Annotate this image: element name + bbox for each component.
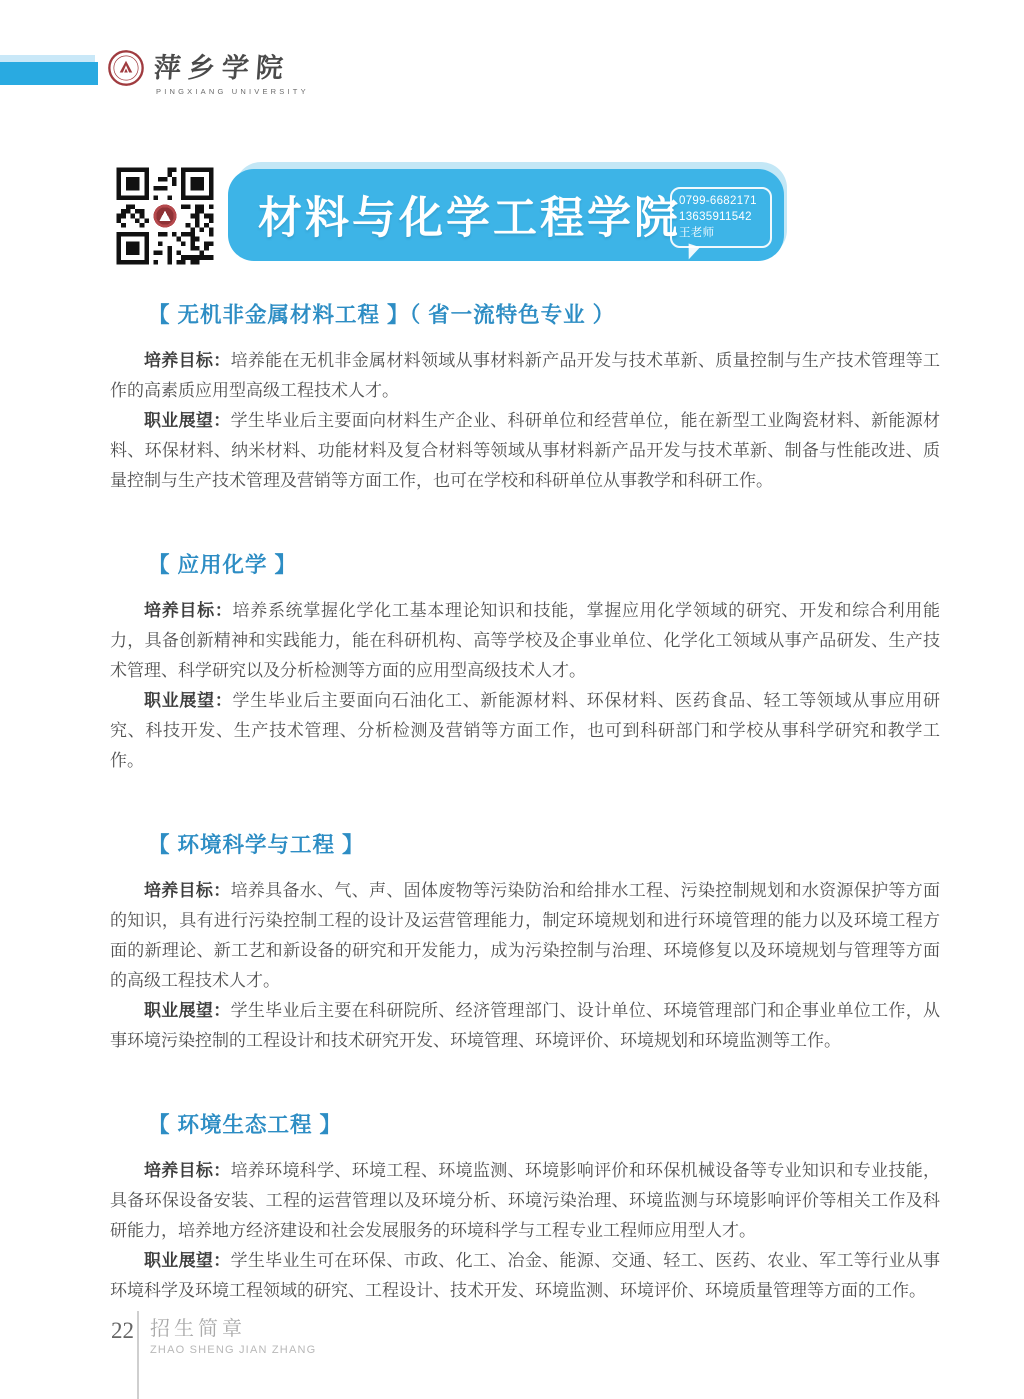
paragraph-text: 学生毕业后主要面向石油化工、新能源材料、环保材料、医药食品、轻工等领域从事应用研… [110,691,940,770]
booklet-subtitle: ZHAO SHENG JIAN ZHANG [150,1344,316,1356]
major-heading: 【 应用化学 】 [110,548,940,579]
contact-name: 王老师 [679,225,763,241]
major-section-inorganic-materials: 【 无机非金属材料工程 】（ 省一流特色专业 ） 培养目标：培养能在无机非金属材… [110,298,940,496]
paragraph-label: 职业展望： [144,1001,231,1020]
page-number: 22 [104,1318,134,1344]
paragraph-label: 培养目标： [144,1161,231,1180]
qr-center-logo [151,202,179,230]
paragraph-text: 培养能在无机非金属材料领域从事材料新产品开发与技术革新、质量控制与生产技术管理等… [110,351,940,400]
major-section-applied-chemistry: 【 应用化学 】 培养目标：培养系统掌握化学化工基本理论知识和技能，掌握应用化学… [110,548,940,776]
edge-accent-bar-blue [0,62,98,85]
edge-accent-bar-light [0,55,95,62]
department-title: 材料与化学工程学院 [258,182,681,246]
university-name-block: 萍乡学院 PINGXIANG UNIVERSITY [154,46,309,96]
paragraph-text: 培养系统掌握化学化工基本理论知识和技能，掌握应用化学领域的研究、开发和综合利用能… [110,601,940,680]
contact-phone-1: 0799-6682171 [679,193,763,209]
career-outlook-paragraph: 职业展望：学生毕业后主要在科研院所、经济管理部门、设计单位、环境管理部门和企事业… [110,996,940,1056]
booklet-title: 招生简章 [150,1312,316,1341]
paragraph-text: 培养具备水、气、声、固体废物等污染防治和给排水工程、污染控制规划和水资源保护等方… [110,881,940,990]
bubble-tail-icon [684,244,700,262]
footer-divider [137,1311,139,1399]
training-objective-paragraph: 培养目标：培养系统掌握化学化工基本理论知识和技能，掌握应用化学领域的研究、开发和… [110,596,940,686]
university-name: 萍乡学院 [153,46,311,85]
university-logo: 萍乡学院 PINGXIANG UNIVERSITY [108,46,309,96]
paragraph-text: 学生毕业后主要面向材料生产企业、科研单位和经营单位，能在新型工业陶瓷材料、新能源… [110,411,940,490]
major-section-environmental-science: 【 环境科学与工程 】 培养目标：培养具备水、气、声、固体废物等污染防治和给排水… [110,828,940,1056]
paragraph-label: 培养目标： [144,351,231,370]
training-objective-paragraph: 培养目标：培养环境科学、环境工程、环境监测、环境影响评价和环保机械设备等专业知识… [110,1156,940,1246]
major-heading: 【 环境科学与工程 】 [110,828,940,859]
page-footer: 招生简章 ZHAO SHENG JIAN ZHANG [150,1312,316,1356]
career-outlook-paragraph: 职业展望：学生毕业后主要面向材料生产企业、科研单位和经营单位，能在新型工业陶瓷材… [110,406,940,496]
university-seal-icon [108,50,144,86]
paragraph-label: 职业展望： [144,691,233,710]
paragraph-label: 培养目标： [144,881,231,900]
major-section-environmental-ecology: 【 环境生态工程 】 培养目标：培养环境科学、环境工程、环境监测、环境影响评价和… [110,1108,940,1306]
career-outlook-paragraph: 职业展望：学生毕业生可在环保、市政、化工、冶金、能源、交通、轻工、医药、农业、军… [110,1246,940,1306]
paragraph-text: 学生毕业后主要在科研院所、经济管理部门、设计单位、环境管理部门和企事业单位工作，… [110,1001,940,1050]
major-heading: 【 环境生态工程 】 [110,1108,940,1139]
paragraph-text: 培养环境科学、环境工程、环境监测、环境影响评价和环保机械设备等专业知识和专业技能… [110,1161,940,1240]
training-objective-paragraph: 培养目标：培养能在无机非金属材料领域从事材料新产品开发与技术革新、质量控制与生产… [110,346,940,406]
paragraph-label: 培养目标： [144,601,233,620]
paragraph-label: 职业展望： [144,411,231,430]
university-name-en: PINGXIANG UNIVERSITY [154,87,309,96]
contact-phone-2: 13635911542 [679,209,763,225]
department-banner: 材料与化学工程学院 0799-6682171 13635911542 王老师 [228,169,784,261]
career-outlook-paragraph: 职业展望：学生毕业后主要面向石油化工、新能源材料、环保材料、医药食品、轻工等领域… [110,686,940,776]
major-heading: 【 无机非金属材料工程 】（ 省一流特色专业 ） [110,298,940,329]
contact-bubble: 0799-6682171 13635911542 王老师 [670,187,772,248]
qr-code [112,163,218,269]
paragraph-text: 学生毕业生可在环保、市政、化工、冶金、能源、交通、轻工、医药、农业、军工等行业从… [110,1251,940,1300]
brochure-page: 萍乡学院 PINGXIANG UNIVERSITY 材料与化学工程学院 0799… [0,0,1024,1399]
content: 【 无机非金属材料工程 】（ 省一流特色专业 ） 培养目标：培养能在无机非金属材… [110,268,940,1306]
paragraph-label: 职业展望： [144,1251,231,1270]
training-objective-paragraph: 培养目标：培养具备水、气、声、固体废物等污染防治和给排水工程、污染控制规划和水资… [110,876,940,996]
